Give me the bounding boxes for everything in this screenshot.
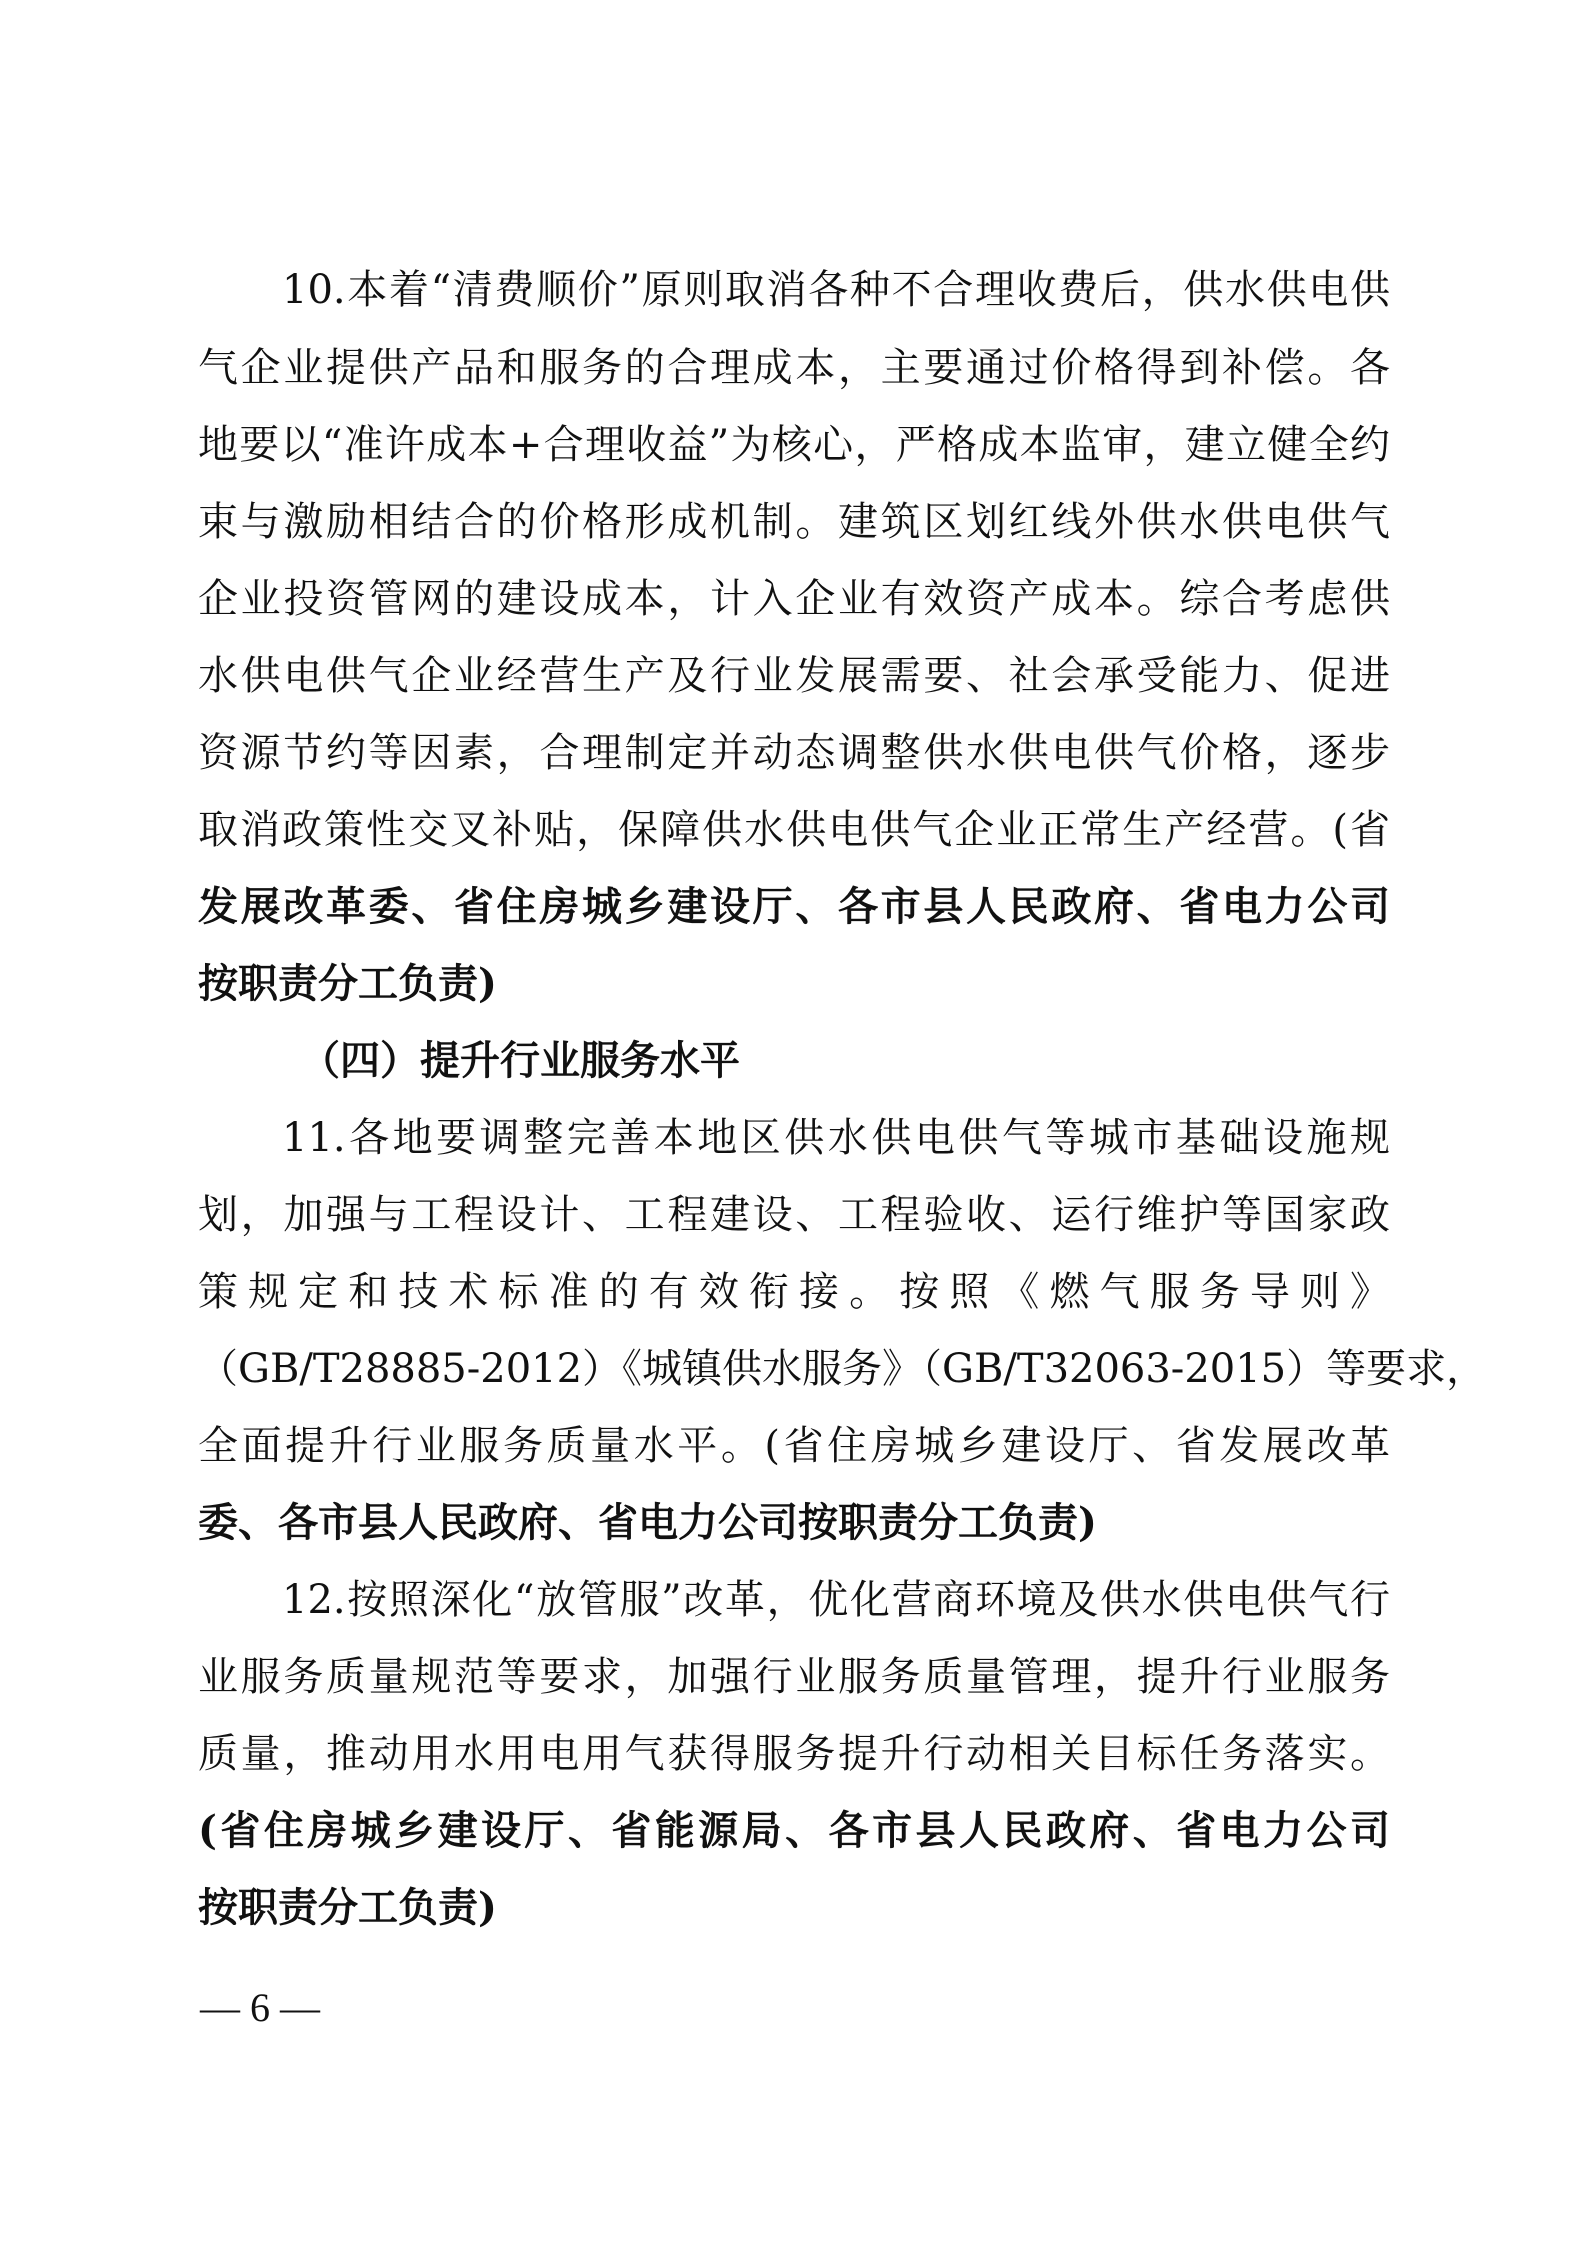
responsibility-line: 发展改革委、省住房城乡建设厅、各市县人民政府、省电力公司 [198,877,1390,937]
text-line: 策规定和技术标准的有效衔接。按照《燃气服务导则》 [198,1262,1390,1322]
text-line: 全面提升行业服务质量水平。(省住房城乡建设厅、省发展改革 [198,1416,1390,1476]
text-line: 10.本着“清费顺价”原则取消各种不合理收费后，供水供电供 [282,260,1390,320]
text-line: （GB/T28885-2012）《城镇供水服务》（GB/T32063-2015）… [198,1339,1390,1399]
responsibility-line: 按职责分工负责) [198,1878,1390,1938]
text-line: 11.各地要调整完善本地区供水供电供气等城市基础设施规 [282,1108,1390,1168]
page-number: — 6 — [200,1978,320,2038]
text-line: 水供电供气企业经营生产及行业发展需要、社会承受能力、促进 [198,646,1390,706]
text-line: 业服务质量规范等要求，加强行业服务质量管理，提升行业服务 [198,1647,1390,1707]
text-line: 资源节约等因素，合理制定并动态调整供水供电供气价格，逐步 [198,723,1390,783]
text-line: 质量，推动用水用电用气获得服务提升行动相关目标任务落实。 [198,1724,1390,1784]
section-heading: （四）提升行业服务水平 [300,1031,740,1091]
document-page: 10.本着“清费顺价”原则取消各种不合理收费后，供水供电供 气企业提供产品和服务… [0,0,1586,2244]
text-line: 12.按照深化“放管服”改革，优化营商环境及供水供电供气行 [282,1570,1390,1630]
responsibility-line: 委、各市县人民政府、省电力公司按职责分工负责) [198,1493,1390,1553]
responsibility-line: 按职责分工负责) [198,954,1390,1014]
text-line: 束与激励相结合的价格形成机制。建筑区划红线外供水供电供气 [198,492,1390,552]
responsibility-line: (省住房城乡建设厅、省能源局、各市县人民政府、省电力公司 [198,1801,1390,1861]
text-line: 取消政策性交叉补贴，保障供水供电供气企业正常生产经营。(省 [198,800,1390,860]
text-line: 地要以“准许成本+合理收益”为核心，严格成本监审，建立健全约 [198,415,1390,475]
text-line: 气企业提供产品和服务的合理成本，主要通过价格得到补偿。各 [198,338,1390,398]
text-line: 划，加强与工程设计、工程建设、工程验收、运行维护等国家政 [198,1185,1390,1245]
text-line: 企业投资管网的建设成本，计入企业有效资产成本。综合考虑供 [198,569,1390,629]
